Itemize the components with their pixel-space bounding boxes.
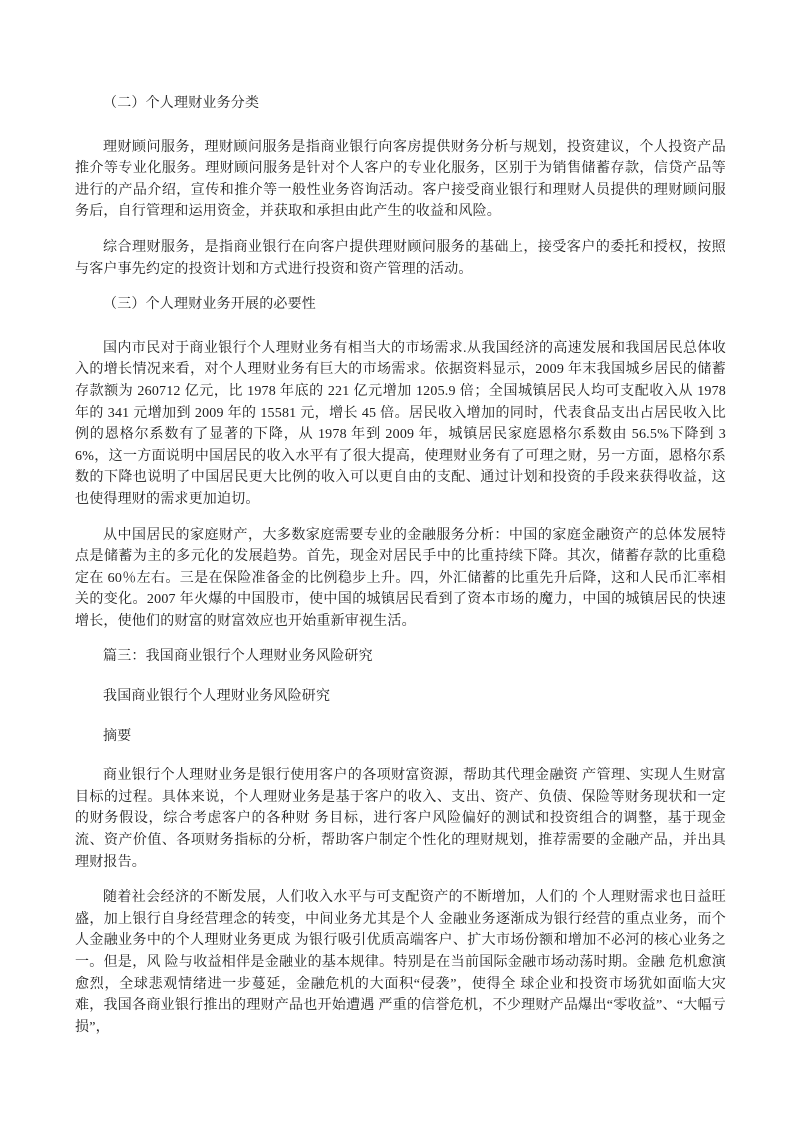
standalone-line: 我国商业银行个人理财业务风险研究: [75, 686, 726, 708]
section-heading: （三）个人理财业务开展的必要性: [75, 294, 726, 316]
standalone-line: 篇三：我国商业银行个人理财业务风险研究: [75, 646, 726, 668]
standalone-line: 摘要: [75, 726, 726, 748]
section-heading: （二）个人理财业务分类: [75, 93, 726, 115]
body-paragraph: 随着社会经济的不断发展，人们收入水平与可支配资产的不断增加，人们的 个人理财需求…: [75, 887, 726, 1038]
body-paragraph: 从中国居民的家庭财产，大多数家庭需要专业的金融服务分析：中国的家庭金融资产的总体…: [75, 525, 726, 633]
document-body: （二）个人理财业务分类理财顾问服务，理财顾问服务是指商业银行向客房提供财务分析与…: [0, 0, 800, 1038]
body-paragraph: 综合理财服务，是指商业银行在向客户提供理财顾问服务的基础上，接受客户的委托和授权…: [75, 237, 726, 280]
body-paragraph: 国内市民对于商业银行个人理财业务有相当大的市场需求.从我国经济的高速发展和我国居…: [75, 338, 726, 511]
body-paragraph: 理财顾问服务，理财顾问服务是指商业银行向客房提供财务分析与规划，投资建议，个人投…: [75, 137, 726, 223]
document-page: （二）个人理财业务分类理财顾问服务，理财顾问服务是指商业银行向客房提供财务分析与…: [0, 0, 800, 1132]
body-paragraph: 商业银行个人理财业务是银行使用客户的各项财富资源，帮助其代理金融资 产管理、实现…: [75, 765, 726, 873]
